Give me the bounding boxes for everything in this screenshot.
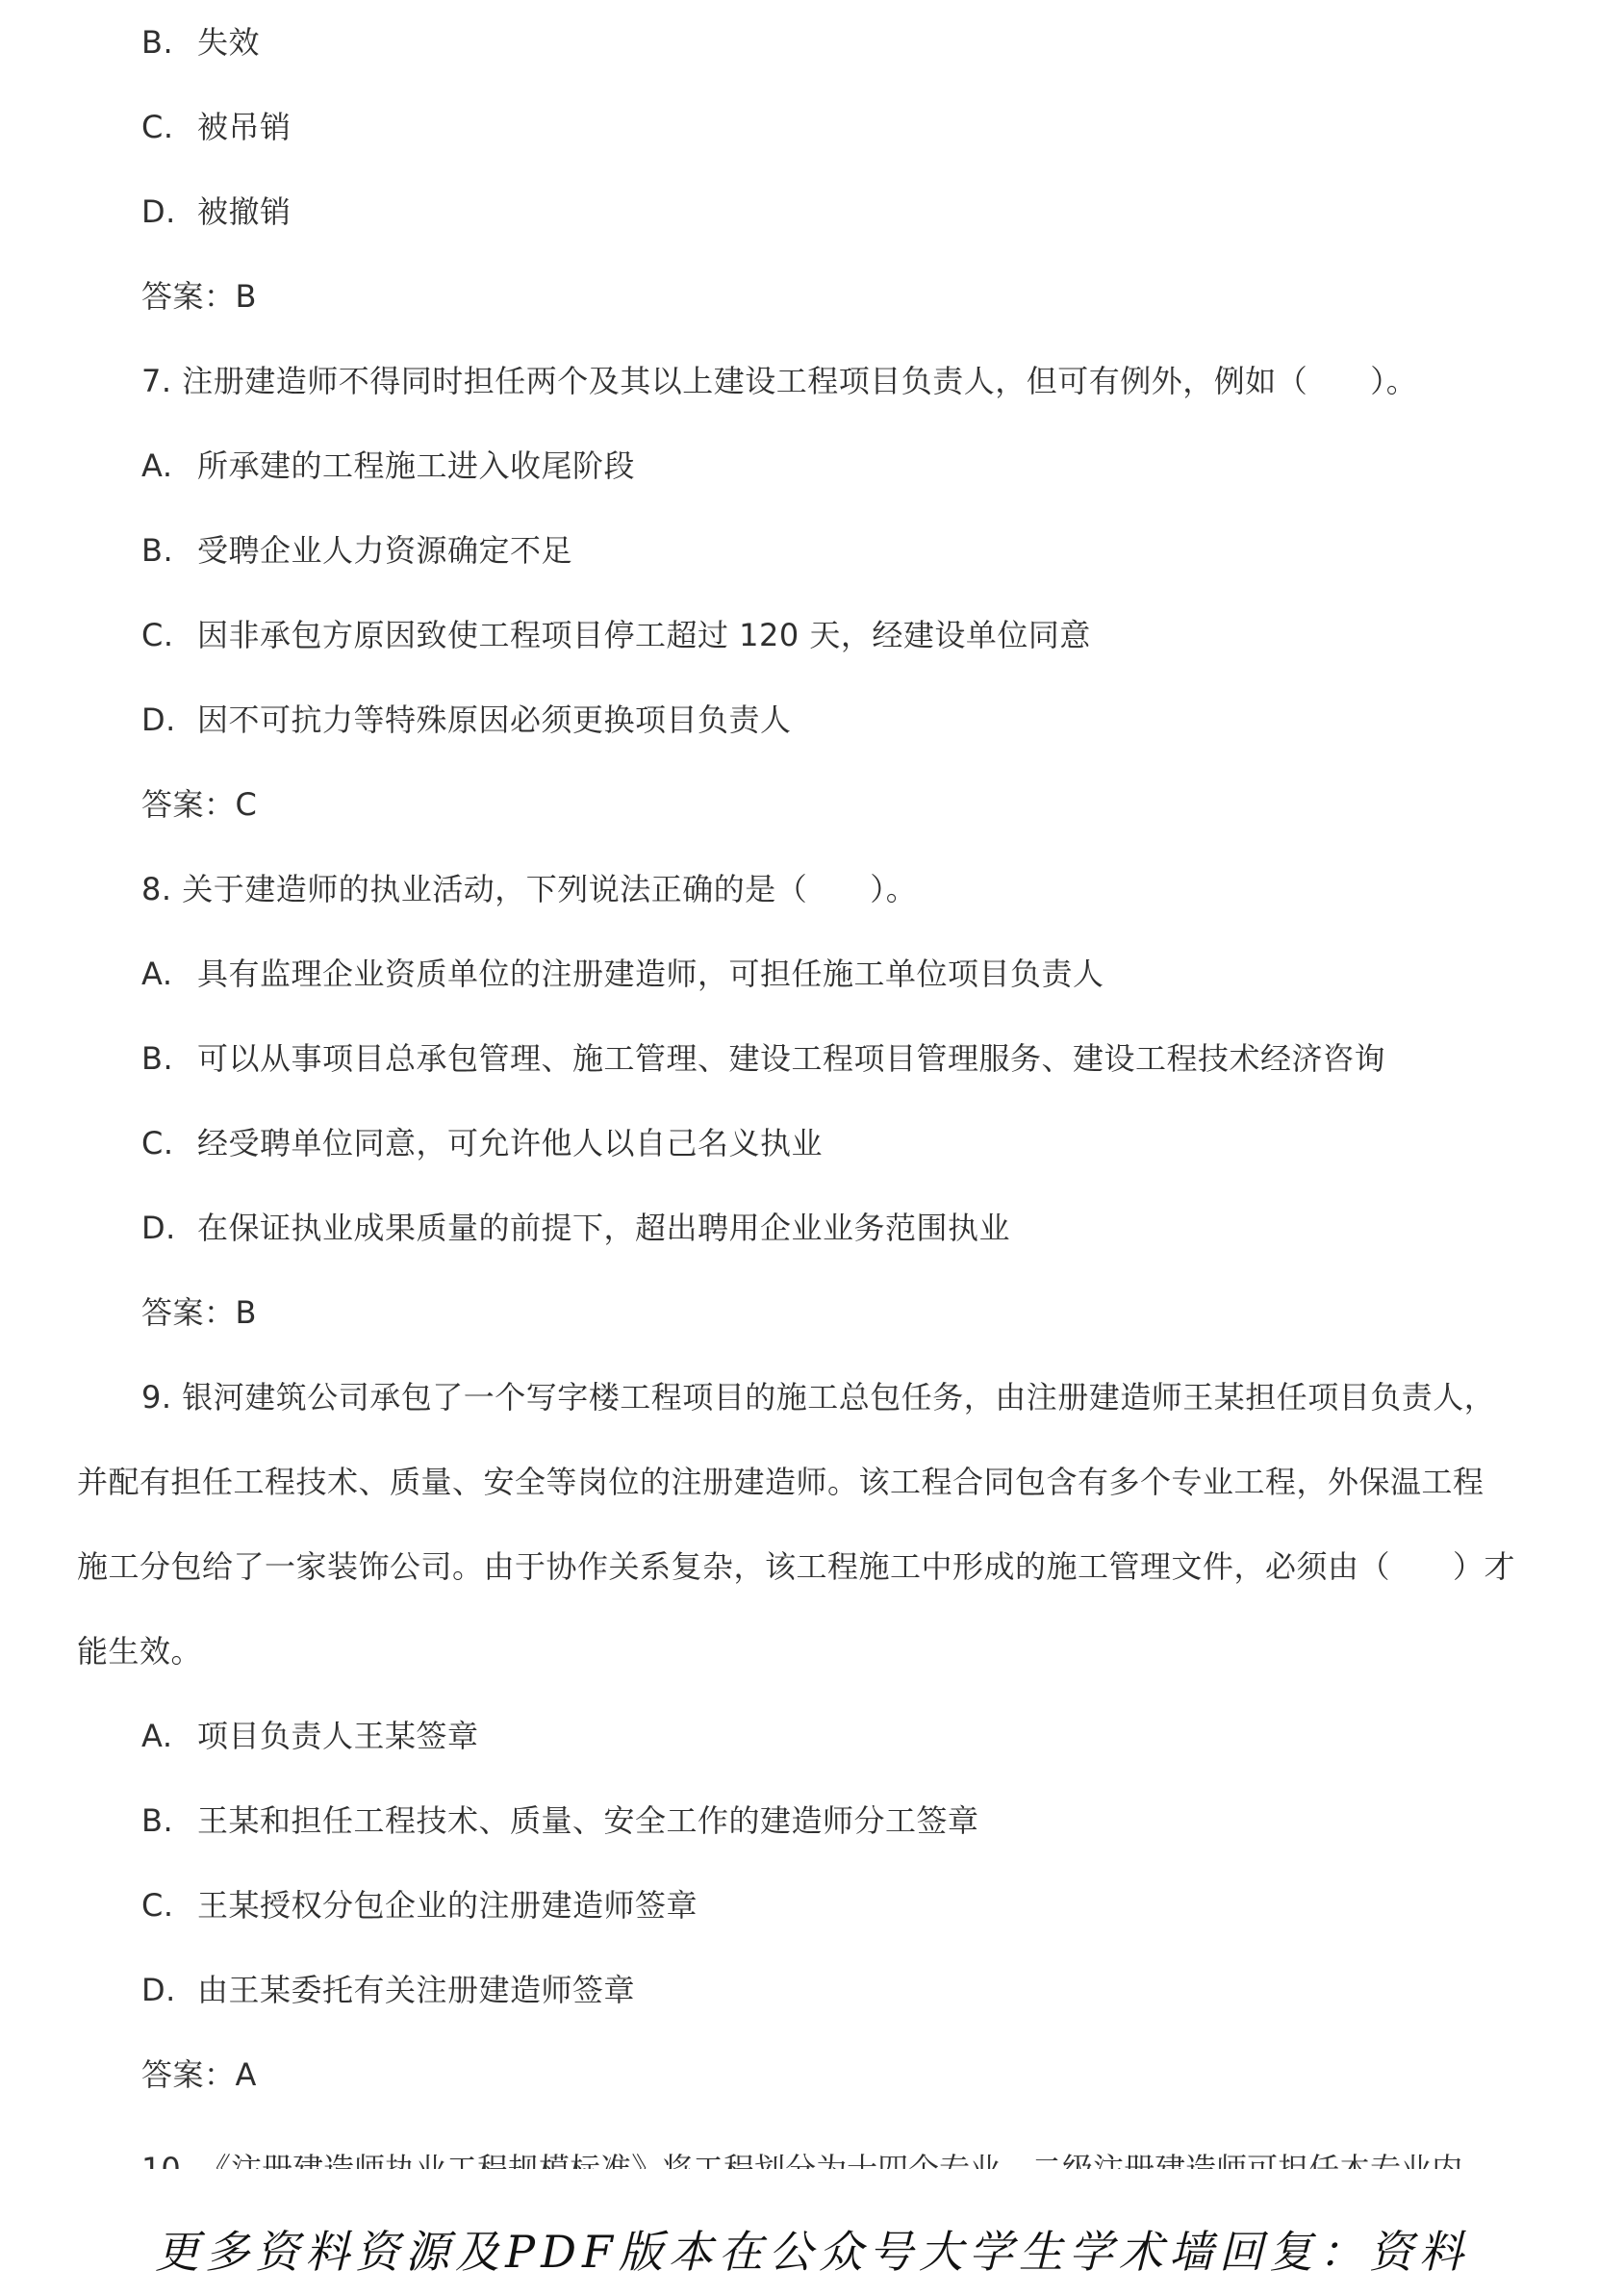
- option-label: A.: [141, 445, 197, 487]
- option-text: 受聘企业人力资源确定不足: [197, 532, 572, 569]
- option-line: A.项目负责人王某签章: [141, 1715, 479, 1757]
- option-label: D.: [141, 1969, 197, 2011]
- option-text: 因不可抗力等特殊原因必须更换项目负责人: [197, 702, 792, 738]
- option-line: B.失效: [141, 21, 260, 64]
- answer-line: 答案：C: [141, 783, 257, 826]
- option-line: D.因不可抗力等特殊原因必须更换项目负责人: [141, 699, 792, 741]
- option-text: 经受聘单位同意，可允许他人以自己名义执业: [197, 1125, 823, 1161]
- option-text: 因非承包方原因致使工程项目停工超过 120 天，经建设单位同意: [197, 617, 1091, 653]
- option-text: 所承建的工程施工进入收尾阶段: [197, 447, 635, 484]
- option-text: 被撤销: [197, 193, 292, 230]
- question-number: 7.: [141, 363, 172, 399]
- answer-line: 答案：B: [141, 1291, 257, 1334]
- option-label: A.: [141, 1715, 197, 1757]
- option-text: 可以从事项目总承包管理、施工管理、建设工程项目管理服务、建设工程技术经济咨询: [197, 1040, 1385, 1077]
- truncated-question-line: 10. 《注册建造师执业工程规模标准》将工程划分为十四个专业，二级注册建造师可担…: [141, 2148, 1462, 2169]
- question-text-continued: 施工分包给了一家装饰公司。由于协作关系复杂，该工程施工中形成的施工管理文件，必须…: [77, 1545, 1515, 1588]
- question-number: 9.: [141, 1379, 172, 1416]
- option-line: B.受聘企业人力资源确定不足: [141, 529, 572, 572]
- question-stem: 9. 银河建筑公司承包了一个写字楼工程项目的施工总包任务，由注册建造师王某担任项…: [141, 1376, 1495, 1418]
- option-label: C.: [141, 1122, 197, 1164]
- option-line: B.可以从事项目总承包管理、施工管理、建设工程项目管理服务、建设工程技术经济咨询: [141, 1037, 1385, 1080]
- option-label: D.: [141, 1207, 197, 1249]
- option-label: C.: [141, 614, 197, 656]
- question-text-continued: 能生效。: [77, 1630, 202, 1672]
- question-stem: 8. 关于建造师的执业活动，下列说法正确的是（ ）。: [141, 868, 917, 910]
- option-label: A.: [141, 953, 197, 995]
- option-line: C.因非承包方原因致使工程项目停工超过 120 天，经建设单位同意: [141, 614, 1091, 656]
- option-text: 项目负责人王某签章: [197, 1718, 479, 1754]
- option-line: C.被吊销: [141, 106, 292, 148]
- footer-promo-text: 更多资料资源及PDF版本在公众号大学生学术墙回复：资料: [0, 2223, 1624, 2281]
- option-label: B.: [141, 1799, 197, 1842]
- option-label: D.: [141, 699, 197, 741]
- option-label: C.: [141, 106, 197, 148]
- truncated-question-text: 10. 《注册建造师执业工程规模标准》将工程划分为十四个专业，二级注册建造师可担…: [141, 2148, 1462, 2169]
- option-text: 在保证执业成果质量的前提下，超出聘用企业业务范围执业: [197, 1210, 1010, 1246]
- question-text: 关于建造师的执业活动，下列说法正确的是（ ）。: [182, 871, 917, 907]
- option-line: D.被撤销: [141, 191, 292, 233]
- answer-line: 答案：A: [141, 2054, 257, 2096]
- option-text: 被吊销: [197, 109, 292, 145]
- option-line: B.王某和担任工程技术、质量、安全工作的建造师分工签章: [141, 1799, 979, 1842]
- option-text: 王某和担任工程技术、质量、安全工作的建造师分工签章: [197, 1802, 979, 1839]
- option-line: C.王某授权分包企业的注册建造师签章: [141, 1884, 698, 1926]
- question-text: 银河建筑公司承包了一个写字楼工程项目的施工总包任务，由注册建造师王某担任项目负责…: [182, 1379, 1495, 1416]
- question-text: 注册建造师不得同时担任两个及其以上建设工程项目负责人，但可有例外，例如（ ）。: [182, 363, 1417, 399]
- option-label: D.: [141, 191, 197, 233]
- option-text: 失效: [197, 24, 260, 61]
- document-page: B.失效 C.被吊销 D.被撤销 答案：B 7. 注册建造师不得同时担任两个及其…: [0, 0, 1624, 2296]
- question-stem: 7. 注册建造师不得同时担任两个及其以上建设工程项目负责人，但可有例外，例如（ …: [141, 360, 1417, 402]
- option-label: B.: [141, 21, 197, 64]
- option-label: B.: [141, 529, 197, 572]
- option-line: D.由王某委托有关注册建造师签章: [141, 1969, 635, 2011]
- option-line: A.所承建的工程施工进入收尾阶段: [141, 445, 635, 487]
- option-text: 由王某委托有关注册建造师签章: [197, 1972, 635, 2008]
- option-line: D.在保证执业成果质量的前提下，超出聘用企业业务范围执业: [141, 1207, 1010, 1249]
- question-text-continued: 并配有担任工程技术、质量、安全等岗位的注册建造师。该工程合同包含有多个专业工程，…: [77, 1461, 1484, 1503]
- option-line: A.具有监理企业资质单位的注册建造师，可担任施工单位项目负责人: [141, 953, 1104, 995]
- option-text: 王某授权分包企业的注册建造师签章: [197, 1887, 698, 1924]
- answer-line: 答案：B: [141, 275, 257, 318]
- option-line: C.经受聘单位同意，可允许他人以自己名义执业: [141, 1122, 823, 1164]
- option-label: B.: [141, 1037, 197, 1080]
- option-label: C.: [141, 1884, 197, 1926]
- question-number: 8.: [141, 871, 172, 907]
- option-text: 具有监理企业资质单位的注册建造师，可担任施工单位项目负责人: [197, 956, 1104, 992]
